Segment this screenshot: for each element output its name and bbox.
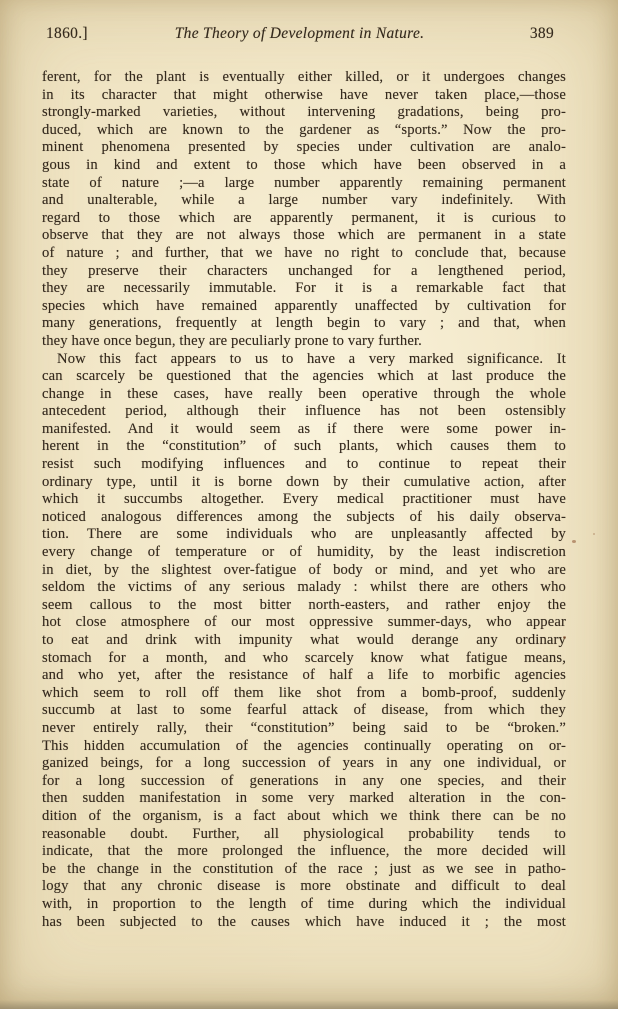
text-line: ganized beings, for a long succession of… (42, 755, 566, 773)
text-line: they have once begun, they are peculiarl… (42, 333, 566, 351)
text-line: dition of the organism, is a fact about … (42, 808, 566, 826)
text-line: ordinary type, until it is borne down by… (42, 474, 566, 492)
text-line: in its character that might otherwise ha… (42, 87, 566, 105)
text-line: and who yet, after the resistance of hal… (42, 667, 566, 685)
text-line: seem callous to the most bitter north-ea… (42, 597, 566, 615)
paragraph: Now this fact appears to us to have a ve… (42, 351, 566, 932)
text-line: logy that any chronic disease is more ob… (42, 878, 566, 896)
text-line: be the change in the constitution of the… (42, 861, 566, 879)
text-line: they are necessarily immutable. For it i… (42, 280, 566, 298)
text-line: with, in proportion to the length of tim… (42, 896, 566, 914)
text-line: every change of temperature or of humidi… (42, 544, 566, 562)
text-line: ferent, for the plant is eventually eith… (42, 69, 566, 87)
text-line: minent phenomena presented by species un… (42, 139, 566, 157)
text-line: and unalterable, while a large number va… (42, 192, 566, 210)
paper-speck (593, 533, 595, 535)
text-line: tion. There are some individuals who are… (42, 526, 566, 544)
text-line: observe that they are not always those w… (42, 227, 566, 245)
text-line: then sudden manifestation in some very m… (42, 790, 566, 808)
text-line: regard to those which are apparently per… (42, 210, 566, 228)
text-line: strongly-marked varieties, without inter… (42, 104, 566, 122)
text-line: succumb at last to some fearful attack o… (42, 702, 566, 720)
text-line: seldom the victims of any serious malady… (42, 579, 566, 597)
header-page-number: 389 (530, 25, 554, 43)
running-header: 1860.] The Theory of Development in Natu… (46, 25, 568, 47)
text-line: indicate, that the more prolonged the in… (42, 843, 566, 861)
paragraph: ferent, for the plant is eventually eith… (42, 69, 566, 351)
text-line: many generations, frequently at length b… (42, 315, 566, 333)
text-line: to eat and drink with impunity what woul… (42, 632, 566, 650)
text-line: state of nature ;—a large number apparen… (42, 175, 566, 193)
text-line: noticed analogous differences among the … (42, 509, 566, 527)
paper-speck (572, 540, 576, 543)
text-line: duced, which are known to the gardener a… (42, 122, 566, 140)
text-line: change in these cases, have really been … (42, 386, 566, 404)
header-title: The Theory of Development in Nature. (175, 25, 425, 43)
header-date: 1860.] (46, 25, 88, 43)
scan-bottom-edge-shadow (0, 1000, 618, 1009)
text-line: in diet, by the slightest over-fatigue o… (42, 562, 566, 580)
text-line: stomach for a month, and who scarcely kn… (42, 650, 566, 668)
text-line: manifested. And it would seem as if ther… (42, 421, 566, 439)
text-line: has been subjected to the causes which h… (42, 914, 566, 932)
text-line: which it succumbs altogether. Every medi… (42, 491, 566, 509)
text-line: they preserve their characters unchanged… (42, 263, 566, 281)
text-line: which seem to roll off them like shot fr… (42, 685, 566, 703)
text-line: herent in the “constitution” of such pla… (42, 438, 566, 456)
text-line: antecedent period, although their influe… (42, 403, 566, 421)
text-line: Now this fact appears to us to have a ve… (42, 351, 566, 369)
text-line: species which have remained apparently u… (42, 298, 566, 316)
text-line: can scarcely be questioned that the agen… (42, 368, 566, 386)
text-line: This hidden accumulation of the agencies… (42, 738, 566, 756)
text-line: gous in kind and extent to those which h… (42, 157, 566, 175)
text-line: resist such modifying influences and to … (42, 456, 566, 474)
text-line: hot close atmosphere of our most oppress… (42, 614, 566, 632)
text-line: reasonable doubt. Further, all physiolog… (42, 826, 566, 844)
text-line: never entirely rally, their “constitutio… (42, 720, 566, 738)
page-body: ferent, for the plant is eventually eith… (42, 69, 566, 931)
text-line: of nature ; and further, that we have no… (42, 245, 566, 263)
text-line: for a long succession of generations in … (42, 773, 566, 791)
scanned-book-page: 1860.] The Theory of Development in Natu… (0, 0, 618, 1009)
